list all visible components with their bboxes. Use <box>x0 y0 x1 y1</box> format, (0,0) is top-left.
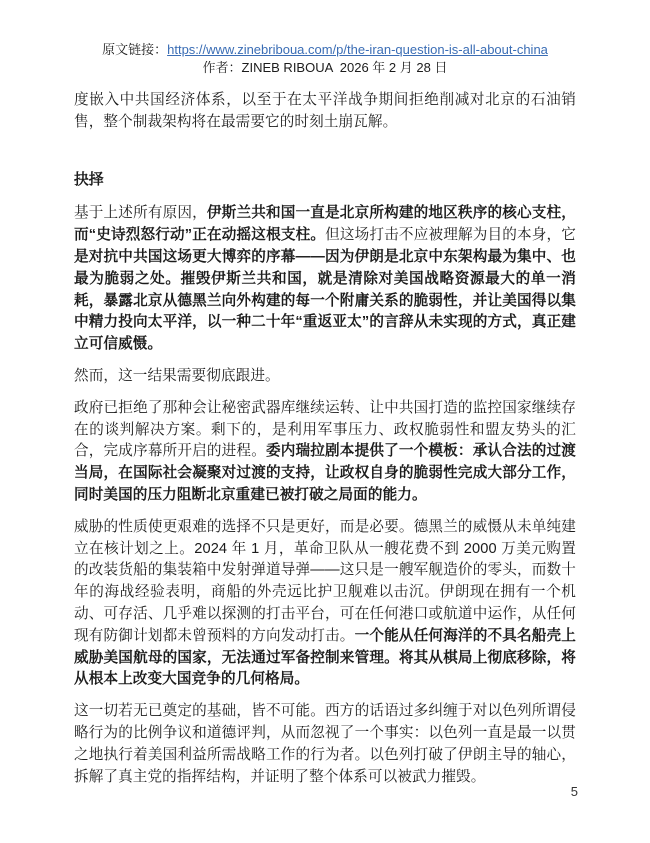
article-paragraph: 政府已拒绝了那种会让秘密武器库继续运转、让中共国打造的监控国家继续存在的谈判解决… <box>74 398 576 507</box>
document-header: 原文链接：https://www.zinebriboua.com/p/the-i… <box>0 0 650 77</box>
article-paragraph: 度嵌入中共国经济体系，以至于在太平洋战争期间拒绝削减对北京的石油销售，整个制裁架… <box>74 90 576 134</box>
article-paragraph: 然而，这一结果需要彻底跟进。 <box>74 366 576 388</box>
article-paragraph: 威胁的性质使更艰难的选择不只是更好，而是必要。德黑兰的威慑从未单纯建立在核计划之… <box>74 517 576 691</box>
section-heading: 抉择 <box>74 170 576 192</box>
article-paragraph: 基于上述所有原因，伊斯兰共和国一直是北京所构建的地区秩序的核心支柱，而“史诗烈怒… <box>74 203 576 356</box>
text-run: 威胁的性质使更艰难的选择不只是更好，而是必要。德黑兰的威慑从未单纯建立在核计划之… <box>74 519 576 644</box>
text-run: 度嵌入中共国经济体系，以至于在太平洋战争期间拒绝削减对北京的石油销售，整个制裁架… <box>74 92 576 130</box>
text-run: 然而，这一结果需要彻底跟进。 <box>74 368 280 384</box>
document-page: 原文链接：https://www.zinebriboua.com/p/the-i… <box>0 0 650 843</box>
text-run: 这一切若无已奠定的基础，皆不可能。西方的话语过多纠缠于对以色列所谓侵略行为的比例… <box>74 703 576 784</box>
page-number: 5 <box>571 784 578 799</box>
source-link-label: 原文链接： <box>102 42 167 57</box>
bold-text-run: 抉择 <box>74 172 104 188</box>
text-run: 但这场打击不应被理解为目的本身，它 <box>325 227 576 243</box>
source-link-line: 原文链接：https://www.zinebriboua.com/p/the-i… <box>0 41 650 59</box>
author-byline: 作者：ZINEB RIBOUA 2026 年 2 月 28 日 <box>0 59 650 77</box>
text-run: 基于上述所有原因， <box>74 205 207 221</box>
bold-text-run: 是对抗中共国这场更大博弈的序幕——因为伊朗是北京中东架构最为集中、也最为脆弱之处… <box>74 249 576 352</box>
article-paragraph: 这一切若无已奠定的基础，皆不可能。西方的话语过多纠缠于对以色列所谓侵略行为的比例… <box>74 701 576 788</box>
article-body: 度嵌入中共国经济体系，以至于在太平洋战争期间拒绝削减对北京的石油销售，整个制裁架… <box>74 90 576 788</box>
source-url-link[interactable]: https://www.zinebriboua.com/p/the-iran-q… <box>167 42 548 57</box>
